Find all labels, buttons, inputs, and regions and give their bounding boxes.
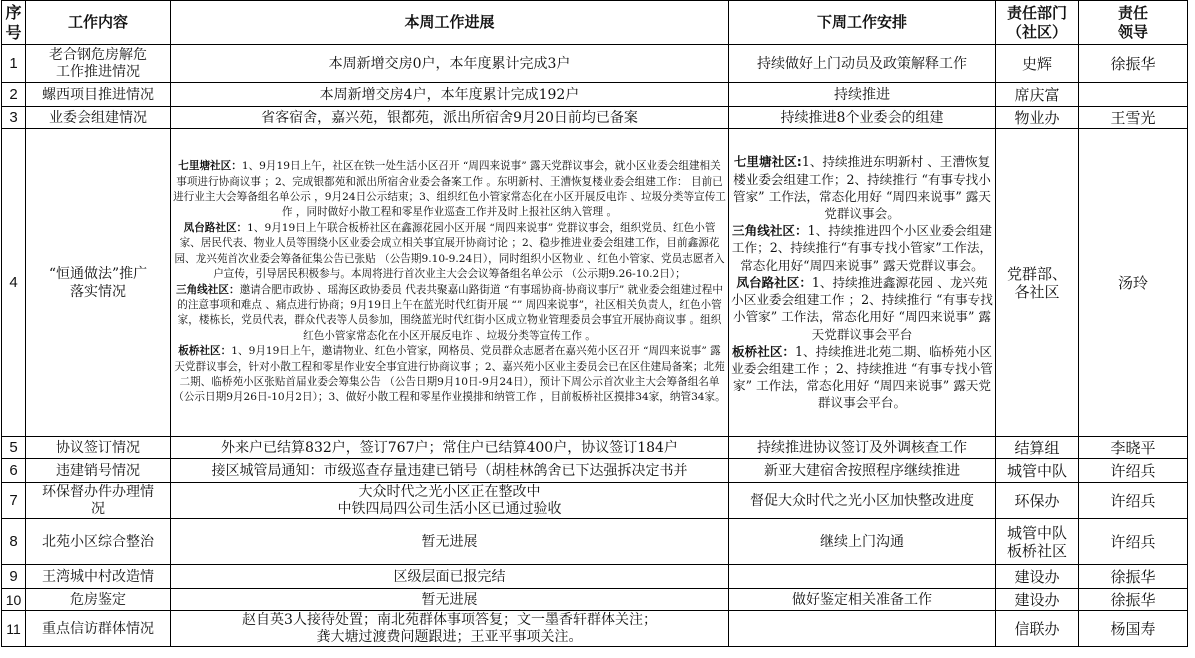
community-text: 邀请合肥市政协 、瑶海区政协委员 代表共聚嘉山路街道 “有事瑶协商-协商议事厅”…: [177, 284, 723, 342]
table-row: 3 业委会组建情况 省客宿舍，嘉兴苑，银都苑，派出所宿舍9月20日前均已备案 持…: [2, 107, 1188, 129]
header-dept: 责任部门 （社区）: [996, 1, 1079, 45]
row-leader: 杨国寿: [1079, 611, 1188, 647]
row-this-week: 七里塘社区：1、9月19日上午，社区在铁一处生活小区召开 “周四来说事” 露天党…: [171, 129, 729, 437]
row-leader: [1079, 83, 1188, 107]
row-index: 7: [2, 483, 26, 519]
row-index: 2: [2, 83, 26, 107]
row-index: 4: [2, 129, 26, 437]
header-leader: 责任 领导: [1079, 1, 1188, 45]
row-index: 1: [2, 45, 26, 83]
section-sanjiaoxian: 三角线社区：1、持续推进四个小区业委会组建工作；2、持续推行“有事专找小管家”工…: [731, 222, 993, 274]
row-task: 北苑小区综合整治: [26, 519, 171, 565]
row-dept: 席庆富: [996, 83, 1079, 107]
row-index: 8: [2, 519, 26, 565]
row-leader: 李晓平: [1079, 437, 1188, 459]
row-dept: 城管中队 板桥社区: [996, 519, 1079, 565]
table-row: 7 环保督办件办理情 况 大众时代之光小区正在整改中 中铁四局四公司生活小区已通…: [2, 483, 1188, 519]
row-task: “恒通做法”推广 落实情况: [26, 129, 171, 437]
header-row: 序号 工作内容 本周工作进展 下周工作安排 责任部门 （社区） 责任 领导: [2, 1, 1188, 45]
header-next-week: 下周工作安排: [729, 1, 996, 45]
table-row: 10 危房鉴定 暂无进展 做好鉴定相关准备工作 建设办 徐振华: [2, 589, 1188, 611]
table-row: 4 “恒通做法”推广 落实情况 七里塘社区：1、9月19日上午，社区在铁一处生活…: [2, 129, 1188, 437]
header-index: 序号: [2, 1, 26, 45]
row-this-week: 接区城管局通知：市级巡查存量违建已销号（胡桂林鸽舍已下达强拆决定书并: [171, 459, 729, 483]
section-qilitang: 七里塘社区：1、9月19日上午，社区在铁一处生活小区召开 “周四来说事” 露天党…: [173, 159, 726, 221]
row-next-week: 七里塘社区:1、持续推进东明新村 、王漕恢复楼业委会组建工作；2、持续推行 “有…: [729, 129, 996, 437]
row-next-week: 继续上门沟通: [729, 519, 996, 565]
row-dept: 建设办: [996, 589, 1079, 611]
row-this-week: 区级层面已报完结: [171, 565, 729, 589]
community-text: 1、9月19日上午联合板桥社区在鑫源花园小区开展 “周四来说事” 党群议事会，组…: [174, 222, 724, 280]
section-fengtailu: 凤台路社区：1、9月19日上午联合板桥社区在鑫源花园小区开展 “周四来说事” 党…: [173, 221, 726, 283]
row-next-week: [729, 611, 996, 647]
header-dept-line1: 责任部门: [998, 4, 1076, 23]
row-dept: 党群部、 各社区: [996, 129, 1079, 437]
row-task: 环保督办件办理情 况: [26, 483, 171, 519]
header-leader-line2: 领导: [1081, 23, 1185, 42]
community-label: 三角线社区：: [176, 284, 240, 296]
table-row: 11 重点信访群体情况 赵自英3人接待处置；南北苑群体事项答复；文一墨香轩群体关…: [2, 611, 1188, 647]
row-task: 螺西项目推进情况: [26, 83, 171, 107]
row-this-week: 省客宿舍，嘉兴苑，银都苑，派出所宿舍9月20日前均已备案: [171, 107, 729, 129]
row-this-week: 本周新增交房0户，本年度累计完成3户: [171, 45, 729, 83]
row-next-week: [729, 565, 996, 589]
table-row: 5 协议签订情况 外来户已结算832户，签订767户；常住户已结算400户，协议…: [2, 437, 1188, 459]
row-dept: 城管中队: [996, 459, 1079, 483]
table-row: 9 王湾城中村改造情 区级层面已报完结 建设办 徐振华: [2, 565, 1188, 589]
row-next-week: 持续推进: [729, 83, 996, 107]
row-index: 9: [2, 565, 26, 589]
row-this-week: 赵自英3人接待处置；南北苑群体事项答复；文一墨香轩群体关注； 龚大塘过渡费问题跟…: [171, 611, 729, 647]
row-this-week: 外来户已结算832户，签订767户；常住户已结算400户，协议签订184户: [171, 437, 729, 459]
row-index: 6: [2, 459, 26, 483]
row-task: 危房鉴定: [26, 589, 171, 611]
header-this-week: 本周工作进展: [171, 1, 729, 45]
community-label: 板桥社区：: [732, 344, 795, 359]
row-task: 协议签订情况: [26, 437, 171, 459]
row-leader: 徐振华: [1079, 565, 1188, 589]
community-label: 凤台路社区：: [184, 222, 248, 234]
community-label: 七里塘社区:: [734, 154, 802, 169]
row-task: 王湾城中村改造情: [26, 565, 171, 589]
community-text: 1、9月19日上午，社区在铁一处生活小区召开 “周四来说事” 露天党群议事会，就…: [173, 160, 726, 218]
row-dept: 史辉: [996, 45, 1079, 83]
section-banqiao: 板桥社区：1、9月19日上午，邀请物业、红色小管家，网格员、党员群众志愿者在嘉兴…: [173, 344, 726, 406]
row-index: 3: [2, 107, 26, 129]
row-task: 业委会组建情况: [26, 107, 171, 129]
community-label: 七里塘社区：: [178, 160, 242, 172]
row-dept: 信联办: [996, 611, 1079, 647]
community-label: 三角线社区：: [732, 223, 808, 238]
section-banqiao: 板桥社区：1、持续推进北苑二期、临桥苑小区业委会组建工作 ；2、持续推进 “有事…: [731, 343, 993, 412]
header-leader-line1: 责任: [1081, 4, 1185, 23]
row-dept: 物业办: [996, 107, 1079, 129]
section-qilitang: 七里塘社区:1、持续推进东明新村 、王漕恢复楼业委会组建工作；2、持续推行 “有…: [731, 153, 993, 222]
row-leader: 许绍兵: [1079, 519, 1188, 565]
row-leader: 汤玲: [1079, 129, 1188, 437]
row-index: 10: [2, 589, 26, 611]
row-this-week: 暂无进展: [171, 589, 729, 611]
row-leader: 徐振华: [1079, 45, 1188, 83]
weekly-work-report-table: 序号 工作内容 本周工作进展 下周工作安排 责任部门 （社区） 责任 领导 1 …: [1, 0, 1188, 647]
header-dept-line2: （社区）: [998, 23, 1076, 42]
row-leader: 许绍兵: [1079, 459, 1188, 483]
row-next-week: 持续推进8个业委会的组建: [729, 107, 996, 129]
community-label: 板桥社区：: [178, 345, 231, 357]
section-fengtailu: 凤台路社区：1、持续推进鑫源花园 、龙兴苑小区业委会组建工作 ；2、持续推行 “…: [731, 274, 993, 343]
row-dept: 结算组: [996, 437, 1079, 459]
row-task: 违建销号情况: [26, 459, 171, 483]
section-sanjiaoxian: 三角线社区：邀请合肥市政协 、瑶海区政协委员 代表共聚嘉山路街道 “有事瑶协商-…: [173, 283, 726, 345]
row-this-week: 本周新增交房4户，本年度累计完成192户: [171, 83, 729, 107]
row-dept: 建设办: [996, 565, 1079, 589]
row-dept: 环保办: [996, 483, 1079, 519]
row-index: 11: [2, 611, 26, 647]
row-this-week: 暂无进展: [171, 519, 729, 565]
community-label: 凤台路社区：: [736, 275, 812, 290]
row-index: 5: [2, 437, 26, 459]
row-next-week: 持续做好上门动员及政策解释工作: [729, 45, 996, 83]
row-leader: 许绍兵: [1079, 483, 1188, 519]
row-task: 老合钢危房解危 工作推进情况: [26, 45, 171, 83]
row-next-week: 做好鉴定相关准备工作: [729, 589, 996, 611]
row-task: 重点信访群体情况: [26, 611, 171, 647]
table-row: 2 螺西项目推进情况 本周新增交房4户，本年度累计完成192户 持续推进 席庆富: [2, 83, 1188, 107]
row-leader: 徐振华: [1079, 589, 1188, 611]
table-row: 1 老合钢危房解危 工作推进情况 本周新增交房0户，本年度累计完成3户 持续做好…: [2, 45, 1188, 83]
row-leader: 王雪光: [1079, 107, 1188, 129]
header-task: 工作内容: [26, 1, 171, 45]
table-row: 6 违建销号情况 接区城管局通知：市级巡查存量违建已销号（胡桂林鸽舍已下达强拆决…: [2, 459, 1188, 483]
row-this-week: 大众时代之光小区正在整改中 中铁四局四公司生活小区已通过验收: [171, 483, 729, 519]
row-next-week: 持续推进协议签订及外调核查工作: [729, 437, 996, 459]
table-row: 8 北苑小区综合整治 暂无进展 继续上门沟通 城管中队 板桥社区 许绍兵: [2, 519, 1188, 565]
row-next-week: 督促大众时代之光小区加快整改进度: [729, 483, 996, 519]
row-next-week: 新亚大建宿舍按照程序继续推进: [729, 459, 996, 483]
community-text: 1、9月19日上午，邀请物业、红色小管家，网格员、党员群众志愿者在嘉兴苑小区召开…: [173, 345, 726, 403]
